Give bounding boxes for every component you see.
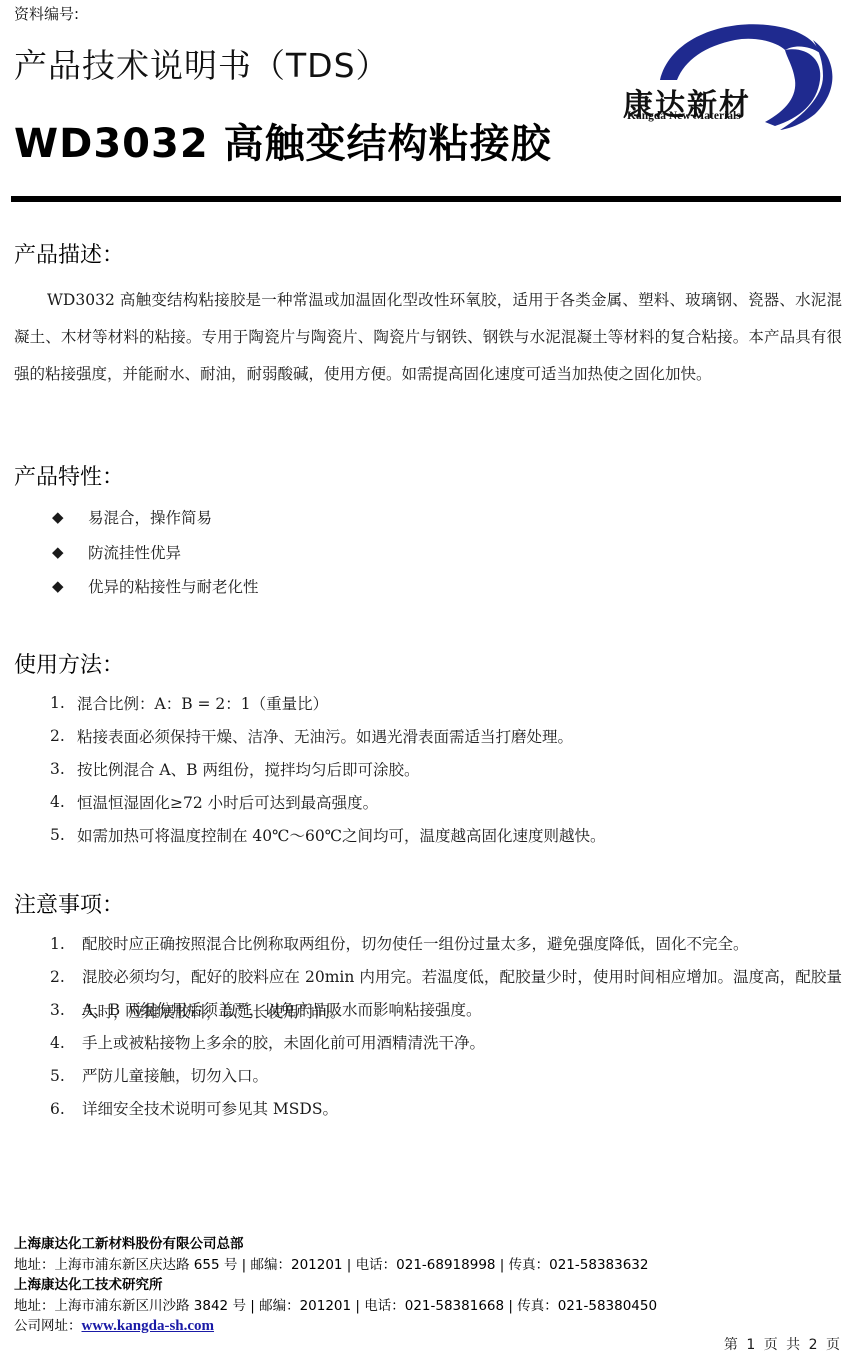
description-heading: 产品描述： <box>14 238 124 269</box>
list-item: 1.混合比例：A：B = 2：1（重量比） <box>50 686 606 719</box>
hq-name: 上海康达化工新材料股份有限公司总部 <box>14 1234 657 1255</box>
diamond-bullet-icon: ◆ <box>52 543 88 561</box>
diamond-bullet-icon: ◆ <box>52 577 88 595</box>
item-text: 粘接表面必须保持干燥、洁净、无油污。如遇光滑表面需适当打磨处理。 <box>77 725 573 747</box>
item-number: 6. <box>50 1092 82 1127</box>
item-number: 2. <box>50 960 82 995</box>
feature-text: 易混合，操作简易 <box>88 506 212 528</box>
list-item: 5.如需加热可将温度控制在 40℃～60℃之间均可，温度越高固化速度则越快。 <box>50 818 606 851</box>
features-list: ◆ 易混合，操作简易 ◆ 防流挂性优异 ◆ 优异的粘接性与耐老化性 <box>52 500 259 604</box>
item-number: 3. <box>50 993 82 1028</box>
item-text: 如需加热可将温度控制在 40℃～60℃之间均可，温度越高固化速度则越快。 <box>77 824 606 846</box>
features-heading: 产品特性： <box>14 460 124 491</box>
list-item: 3.按比例混合 A、B 两组份，搅拌均匀后即可涂胶。 <box>50 752 606 785</box>
item-text: A、B 两组份用后须盖严，以免产品吸水而影响粘接强度。 <box>82 993 842 1028</box>
item-text: 严防儿童接触，切勿入口。 <box>82 1059 842 1094</box>
list-item: 2.混胶必须均匀，配好的胶料应在 20min 内用完。若温度低，配胶量少时，使用… <box>50 960 842 993</box>
company-footer: 上海康达化工新材料股份有限公司总部 地址：上海市浦东新区庆达路 655 号 | … <box>14 1234 657 1337</box>
institute-address: 地址：上海市浦东新区川沙路 3842 号 | 邮编：201201 | 电话：02… <box>14 1296 657 1317</box>
institute-name: 上海康达化工技术研究所 <box>14 1275 657 1296</box>
website-link[interactable]: www.kangda-sh.com <box>82 1318 215 1334</box>
list-item: ◆ 易混合，操作简易 <box>52 500 259 535</box>
list-item: 1.配胶时应正确按照混合比例称取两组份，切勿使任一组份过量太多，避免强度降低，固… <box>50 927 842 960</box>
item-number: 5. <box>50 826 77 844</box>
item-number: 1. <box>50 694 77 712</box>
feature-text: 防流挂性优异 <box>88 541 181 563</box>
product-title: WD3032 高触变结构粘接胶 <box>14 112 552 169</box>
list-item: 3.A、B 两组份用后须盖严，以免产品吸水而影响粘接强度。 <box>50 993 842 1026</box>
item-text: 详细安全技术说明可参见其 MSDS。 <box>82 1092 842 1127</box>
usage-list: 1.混合比例：A：B = 2：1（重量比） 2.粘接表面必须保持干燥、洁净、无油… <box>50 686 606 851</box>
header-divider <box>11 196 841 202</box>
list-item: 5.严防儿童接触，切勿入口。 <box>50 1059 842 1092</box>
item-text: 按比例混合 A、B 两组份，搅拌均匀后即可涂胶。 <box>77 758 419 780</box>
description-text: WD3032 高触变结构粘接胶是一种常温或加温固化型改性环氧胶，适用于各类金属、… <box>14 282 842 393</box>
item-number: 4. <box>50 793 77 811</box>
list-item: 4.恒温恒湿固化≥72 小时后可达到最高强度。 <box>50 785 606 818</box>
feature-text: 优异的粘接性与耐老化性 <box>88 575 259 597</box>
notes-list: 1.配胶时应正确按照混合比例称取两组份，切勿使任一组份过量太多，避免强度降低，固… <box>50 927 842 1125</box>
item-number: 1. <box>50 927 82 962</box>
list-item: 4.手上或被粘接物上多余的胶，未固化前可用酒精清洗干净。 <box>50 1026 842 1059</box>
document-type-title: 产品技术说明书（TDS） <box>14 40 390 87</box>
item-text: 手上或被粘接物上多余的胶，未固化前可用酒精清洗干净。 <box>82 1026 842 1061</box>
diamond-bullet-icon: ◆ <box>52 508 88 526</box>
logo-name-en: Kangda New Materials <box>627 110 741 122</box>
hq-address: 地址：上海市浦东新区庆达路 655 号 | 邮编：201201 | 电话：021… <box>14 1255 657 1276</box>
usage-heading: 使用方法： <box>14 648 124 679</box>
page-indicator: 第 1 页 共 2 页 <box>724 1334 840 1354</box>
company-logo: 康达新材 Kangda New Materials <box>615 18 840 130</box>
list-item: 6.详细安全技术说明可参见其 MSDS。 <box>50 1092 842 1125</box>
website-label: 公司网址： <box>14 1318 82 1334</box>
item-text: 配胶时应正确按照混合比例称取两组份，切勿使任一组份过量太多，避免强度降低，固化不… <box>82 927 842 962</box>
item-number: 3. <box>50 760 77 778</box>
item-text: 混合比例：A：B = 2：1（重量比） <box>77 692 328 714</box>
website-row: 公司网址：www.kangda-sh.com <box>14 1316 657 1337</box>
item-number: 2. <box>50 727 77 745</box>
notes-heading: 注意事项： <box>14 888 124 919</box>
list-item: ◆ 优异的粘接性与耐老化性 <box>52 569 259 604</box>
document-id-label: 资料编号: <box>14 3 79 24</box>
item-number: 4. <box>50 1026 82 1061</box>
list-item: ◆ 防流挂性优异 <box>52 535 259 570</box>
item-text: 恒温恒湿固化≥72 小时后可达到最高强度。 <box>77 791 378 813</box>
list-item: 2.粘接表面必须保持干燥、洁净、无油污。如遇光滑表面需适当打磨处理。 <box>50 719 606 752</box>
item-number: 5. <box>50 1059 82 1094</box>
